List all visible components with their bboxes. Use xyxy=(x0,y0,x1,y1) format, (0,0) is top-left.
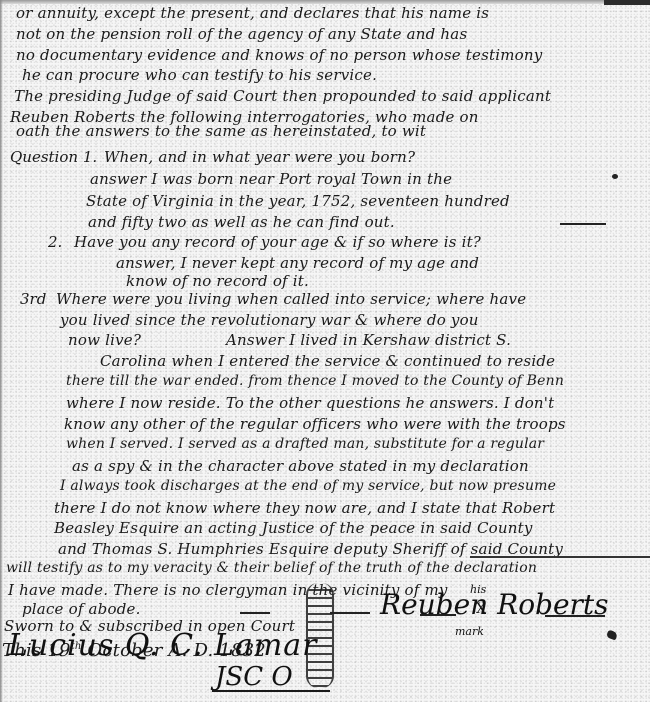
closing-line-3: place of abode. xyxy=(22,600,141,618)
answer-3-line-4: know any other of the regular officers w… xyxy=(64,415,566,433)
scan-left-edge xyxy=(0,0,3,702)
question-1-text: When, and in what year were you born? xyxy=(104,148,415,166)
applicant-mark: mark xyxy=(455,625,484,638)
answer-1-line-1: answer I was born near Port royal Town i… xyxy=(90,170,452,188)
answer-3-line-7: I always took discharges at the end of m… xyxy=(60,478,556,494)
ink-blot xyxy=(612,174,618,179)
text-line-5: The presiding Judge of said Court then p… xyxy=(14,87,551,105)
fill-dash xyxy=(240,612,270,614)
clerk-underline xyxy=(212,690,330,692)
answer-3-line-5: when I served. I served as a drafted man… xyxy=(66,436,544,452)
question-1-label: Question 1. xyxy=(10,148,97,166)
answer-3-line-1: Carolina when I entered the service & co… xyxy=(100,352,555,370)
answer-3-line-2: there till the war ended. from thence I … xyxy=(66,373,564,389)
applicant-signature: Reuben Roberts xyxy=(380,588,609,621)
question-3-line-2: you lived since the revolutionary war & … xyxy=(60,311,479,329)
answer-2-line-1: answer, I never kept any record of my ag… xyxy=(116,254,479,272)
question-2-text: Have you any record of your age & if so … xyxy=(74,233,481,251)
answer-2-line-2: know of no record of it. xyxy=(126,272,309,290)
clerk-signature: JSC O xyxy=(215,662,293,692)
judge-signature: Lucius Q. C. Lamar xyxy=(8,628,318,663)
answer-1-line-3: and fifty two as well as he can find out… xyxy=(88,213,395,231)
mark-x-icon: X xyxy=(476,601,486,617)
answer-1-line-2: State of Virginia in the year, 1752, sev… xyxy=(86,192,510,210)
document-page: or annuity, except the present, and decl… xyxy=(0,0,650,702)
ink-blot xyxy=(606,630,618,641)
answer-3-line-9: Beasley Esquire an acting Justice of the… xyxy=(54,519,533,537)
text-line-1: or annuity, except the present, and decl… xyxy=(16,4,489,22)
closing-line-1: will testify as to my veracity & their b… xyxy=(6,560,537,576)
text-line-7: oath the answers to the same as hereinst… xyxy=(16,122,426,140)
question-3-label: 3rd xyxy=(20,290,46,308)
scan-corner-shadow xyxy=(604,0,650,5)
answer-3-line-3: where I now reside. To the other questio… xyxy=(66,394,554,412)
answer-3-line-6: as a spy & in the character above stated… xyxy=(72,457,529,475)
margin-rule xyxy=(470,556,650,558)
question-3-line-1: Where were you living when called into s… xyxy=(56,290,526,308)
answer-3-line-8: there I do not know where they now are, … xyxy=(54,499,555,517)
question-2-label: 2. xyxy=(48,233,62,251)
answer-3-intro: Answer I lived in Kershaw district S. xyxy=(226,331,511,349)
fill-dash xyxy=(560,223,606,225)
text-line-4: he can procure who can testify to his se… xyxy=(22,66,377,84)
text-line-2: not on the pension roll of the agency of… xyxy=(16,25,467,43)
question-3-line-3: now live? xyxy=(68,331,141,349)
text-line-3: no documentary evidence and knows of no … xyxy=(16,46,542,64)
fill-dash xyxy=(330,612,370,614)
